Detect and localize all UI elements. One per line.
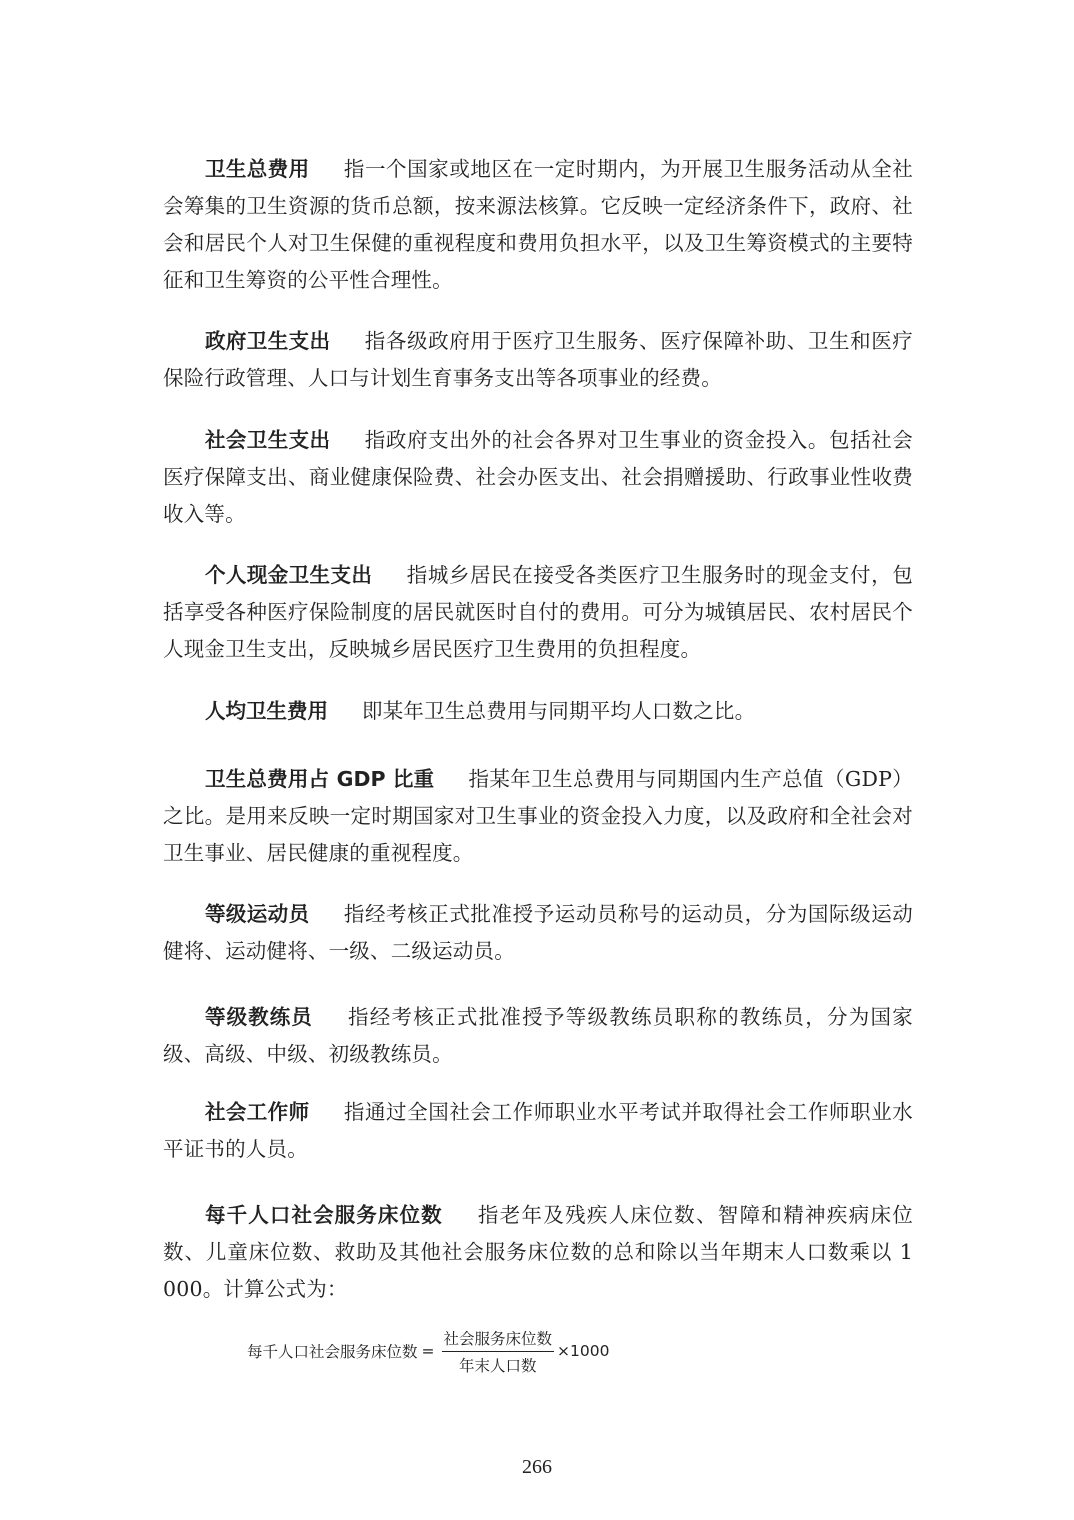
term-label: 社会工作师 xyxy=(205,1100,309,1124)
term-label: 等级运动员 xyxy=(205,902,309,926)
definition-entry: 卫生总费用占 GDP 比重指某年卫生总费用与同期国内生产总值（GDP）之比。是用… xyxy=(163,761,913,872)
formula-image: 每千人口社会服务床位数 = 社会服务床位数 年末人口数 ×1000 xyxy=(247,1325,609,1377)
definition-entry: 每千人口社会服务床位数指老年及残疾人床位数、智障和精神疾病床位数、儿童床位数、救… xyxy=(163,1197,913,1308)
definition-entry: 社会卫生支出指政府支出外的社会各界对卫生事业的资金投入。包括社会医疗保障支出、商… xyxy=(163,422,913,533)
term-label: 等级教练员 xyxy=(205,1005,313,1029)
formula-denominator: 年末人口数 xyxy=(459,1352,537,1376)
definition-entry: 个人现金卫生支出指城乡居民在接受各类医疗卫生服务时的现金支付，包括享受各种医疗保… xyxy=(163,557,913,668)
term-label: 政府卫生支出 xyxy=(205,329,330,353)
definition-entry: 社会工作师指通过全国社会工作师职业水平考试并取得社会工作师职业水平证书的人员。 xyxy=(163,1094,913,1168)
definition-entry: 卫生总费用指一个国家或地区在一定时期内，为开展卫生服务活动从全社会筹集的卫生资源… xyxy=(163,151,913,299)
formula-lhs: 每千人口社会服务床位数 xyxy=(247,1340,418,1362)
term-label: 卫生总费用占 GDP 比重 xyxy=(205,767,434,791)
term-label: 每千人口社会服务床位数 xyxy=(205,1203,443,1227)
definition-entry: 政府卫生支出指各级政府用于医疗卫生服务、医疗保障补助、卫生和医疗保险行政管理、人… xyxy=(163,323,913,397)
formula-multiplier: ×1000 xyxy=(557,1342,609,1360)
term-label: 卫生总费用 xyxy=(205,157,309,181)
term-label: 社会卫生支出 xyxy=(205,428,330,452)
definition-entry: 等级运动员指经考核正式批准授予运动员称号的运动员，分为国际级运动健将、运动健将、… xyxy=(163,896,913,970)
formula-fraction: 社会服务床位数 年末人口数 xyxy=(442,1327,555,1376)
formula-numerator: 社会服务床位数 xyxy=(442,1327,555,1352)
page-number: 266 xyxy=(0,1456,1074,1479)
term-label: 人均卫生费用 xyxy=(205,699,328,723)
term-label: 个人现金卫生支出 xyxy=(205,563,372,587)
definition-entry: 人均卫生费用即某年卫生总费用与同期平均人口数之比。 xyxy=(163,693,913,730)
formula-equals: = xyxy=(422,1342,435,1360)
definition-entry: 等级教练员指经考核正式批准授予等级教练员职称的教练员，分为国家级、高级、中级、初… xyxy=(163,999,913,1073)
term-definition: 即某年卫生总费用与同期平均人口数之比。 xyxy=(362,699,755,723)
